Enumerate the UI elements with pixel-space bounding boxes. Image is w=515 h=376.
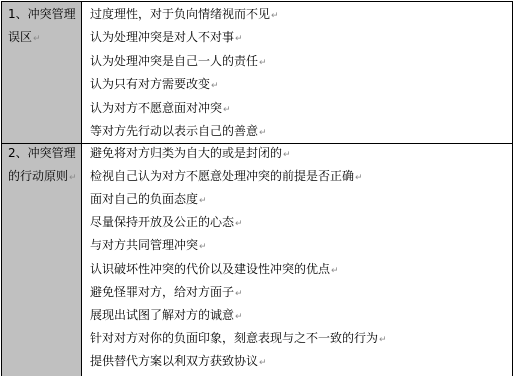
list-item: 认为处理冲突是自己一人的责任↵ xyxy=(90,54,267,70)
paragraph-mark-icon: ↵ xyxy=(259,58,267,68)
section-label-cell: 1、冲突管理 误区↵ xyxy=(2,2,82,143)
paragraph-mark-icon: ↵ xyxy=(199,242,207,252)
paragraph-mark-icon: ↵ xyxy=(235,219,243,229)
list-item: 避免怪罪对方，给对方面子↵ xyxy=(90,285,243,301)
paragraph-mark-icon: ↵ xyxy=(235,34,243,44)
list-item: 等对方先行动以表示自己的善意↵ xyxy=(90,124,267,140)
paragraph-mark-icon: ↵ xyxy=(223,105,231,115)
section-content-cell: 过度理性，对于负向情绪视而不见↵ 认为处理冲突是对人不对事↵ 认为处理冲突是自己… xyxy=(83,2,512,143)
list-item: 认为处理冲突是对人不对事↵ xyxy=(90,30,243,46)
section-misconceptions: 1、冲突管理 误区↵ 过度理性，对于负向情绪视而不见↵ 认为处理冲突是对人不对事… xyxy=(2,2,512,144)
list-item: 认为只有对方需要改变↵ xyxy=(90,77,219,93)
paragraph-mark-icon: ↵ xyxy=(379,335,387,345)
list-item: 与对方共同管理冲突↵ xyxy=(90,238,207,254)
list-item: 提供替代方案以利双方获致协议↵ xyxy=(90,354,267,370)
list-item: 认为对方不愿意面对冲突↵ xyxy=(90,101,231,117)
paragraph-mark-icon: ↵ xyxy=(33,34,41,44)
paragraph-mark-icon: ↵ xyxy=(211,81,219,91)
paragraph-mark-icon: ↵ xyxy=(271,11,279,21)
list-item: 认识破坏性冲突的代价以及建设性冲突的优点↵ xyxy=(90,262,339,278)
list-item: 面对自己的负面态度↵ xyxy=(90,192,207,208)
paragraph-mark-icon: ↵ xyxy=(69,173,77,183)
section-content-cell: 避免将对方归类为自大的或是封闭的↵ 检视自己认为对方不愿意处理冲突的前提是否正确… xyxy=(83,144,512,376)
paragraph-mark-icon: ↵ xyxy=(235,312,243,322)
paragraph-mark-icon: ↵ xyxy=(355,173,363,183)
paragraph-mark-icon: ↵ xyxy=(235,289,243,299)
section-label-line: 2、冲突管理 xyxy=(8,146,76,160)
paragraph-mark-icon: ↵ xyxy=(199,196,207,206)
list-item: 展现出试图了解对方的诚意↵ xyxy=(90,308,243,324)
paragraph-mark-icon: ↵ xyxy=(331,266,339,276)
conflict-management-table: 1、冲突管理 误区↵ 过度理性，对于负向情绪视而不见↵ 认为处理冲突是对人不对事… xyxy=(1,1,513,376)
paragraph-mark-icon: ↵ xyxy=(283,150,291,160)
list-item: 检视自己认为对方不愿意处理冲突的前提是否正确↵ xyxy=(90,169,363,185)
list-item: 针对对方对你的负面印象，刻意表现与之不一致的行为↵ xyxy=(90,331,387,347)
section-label-line: 误区↵ xyxy=(8,30,41,46)
list-item: 避免将对方归类为自大的或是封闭的↵ xyxy=(90,146,291,162)
list-item: 尽量保持开放及公正的心态↵ xyxy=(90,215,243,231)
list-item: 过度理性，对于负向情绪视而不见↵ xyxy=(90,7,279,23)
section-label-cell: 2、冲突管理 的行动原则↵ xyxy=(2,144,82,376)
paragraph-mark-icon: ↵ xyxy=(259,128,267,138)
section-label-line: 1、冲突管理 xyxy=(8,7,76,21)
paragraph-mark-icon: ↵ xyxy=(259,358,267,368)
section-label-line: 的行动原则↵ xyxy=(8,169,77,185)
section-action-principles: 2、冲突管理 的行动原则↵ 避免将对方归类为自大的或是封闭的↵ 检视自己认为对方… xyxy=(2,144,512,376)
